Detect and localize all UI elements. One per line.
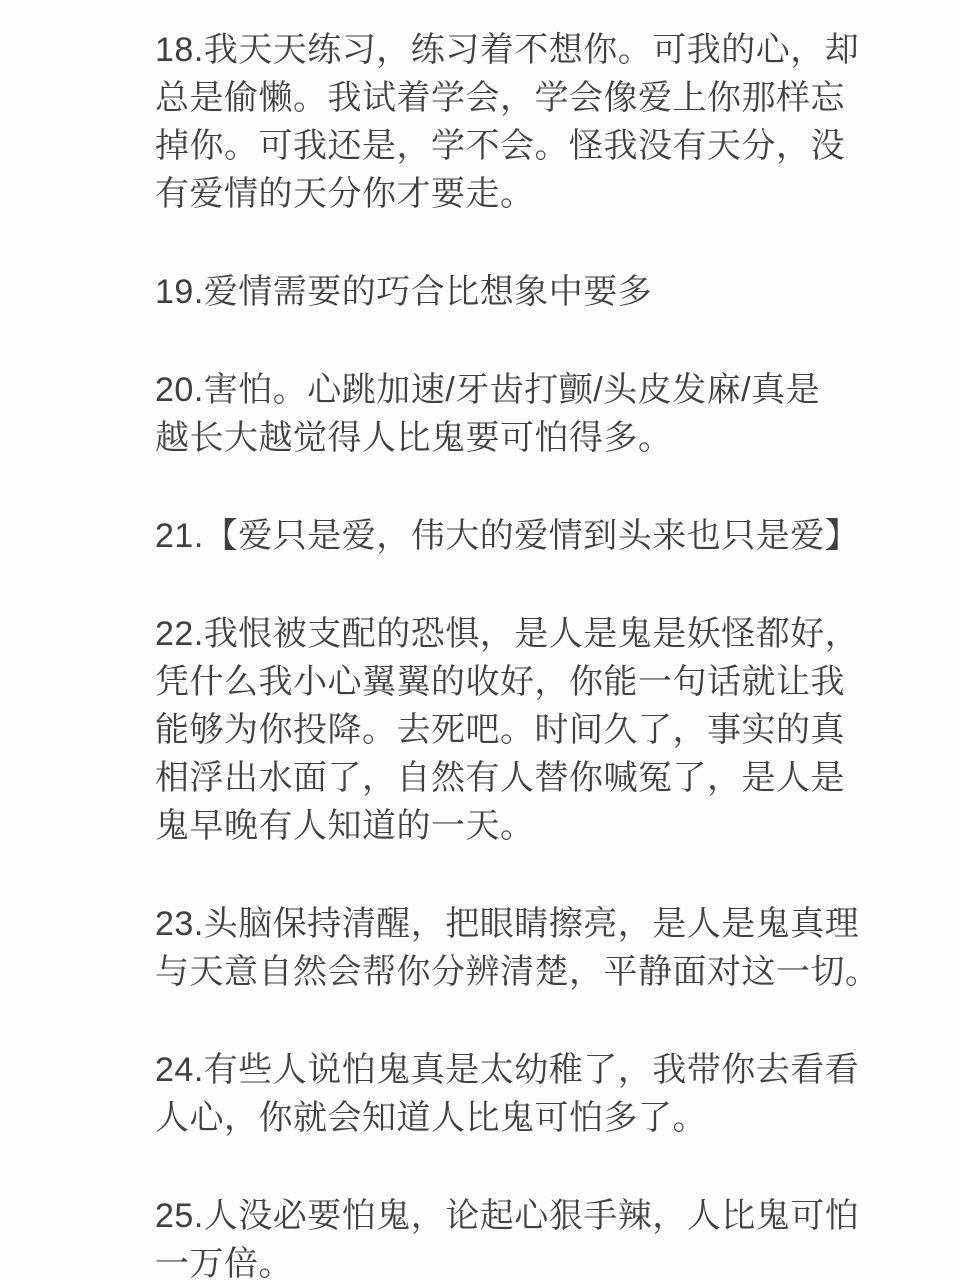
quote-paragraph: 20.害怕。心跳加速/牙齿打颤/头皮发麻/真是越长大越觉得人比鬼要可怕得多。 [155, 366, 810, 462]
quote-paragraph: 19.爱情需要的巧合比想象中要多 [155, 268, 810, 316]
quote-line: 有爱情的天分你才要走。 [155, 170, 810, 218]
quote-paragraph: 22.我恨被支配的恐惧，是人是鬼是妖怪都好，凭什么我小心翼翼的收好，你能一句话就… [155, 610, 810, 850]
quote-line: 掉你。可我还是，学不会。怪我没有天分，没 [155, 122, 810, 170]
quote-line: 22.我恨被支配的恐惧，是人是鬼是妖怪都好， [155, 610, 810, 658]
quote-line: 25.人没必要怕鬼，论起心狠手辣，人比鬼可怕 [155, 1192, 810, 1240]
quote-paragraph: 25.人没必要怕鬼，论起心狠手辣，人比鬼可怕一万倍。 [155, 1192, 810, 1280]
quote-line: 与天意自然会帮你分辨清楚，平静面对这一切。 [155, 948, 810, 996]
quote-line: 越长大越觉得人比鬼要可怕得多。 [155, 414, 810, 462]
quote-line: 18.我天天练习，练习着不想你。可我的心，却 [155, 26, 810, 74]
quote-line: 一万倍。 [155, 1240, 810, 1280]
quote-paragraph: 18.我天天练习，练习着不想你。可我的心，却总是偷懒。我试着学会，学会像爱上你那… [155, 26, 810, 218]
quote-paragraph: 21.【爱只是爱，伟大的爱情到头来也只是爱】 [155, 512, 810, 560]
quote-line: 鬼早晚有人知道的一天。 [155, 802, 810, 850]
page: { "page": { "background_color": "#fdfdfd… [0, 0, 960, 1280]
quote-line: 23.头脑保持清醒，把眼睛擦亮，是人是鬼真理 [155, 900, 810, 948]
quote-line: 凭什么我小心翼翼的收好，你能一句话就让我 [155, 658, 810, 706]
quote-paragraph: 24.有些人说怕鬼真是太幼稚了，我带你去看看人心，你就会知道人比鬼可怕多了。 [155, 1046, 810, 1142]
quote-line: 20.害怕。心跳加速/牙齿打颤/头皮发麻/真是 [155, 366, 810, 414]
quote-line: 19.爱情需要的巧合比想象中要多 [155, 268, 810, 316]
quote-line: 相浮出水面了，自然有人替你喊冤了，是人是 [155, 754, 810, 802]
quote-line: 24.有些人说怕鬼真是太幼稚了，我带你去看看 [155, 1046, 810, 1094]
quote-paragraph: 23.头脑保持清醒，把眼睛擦亮，是人是鬼真理与天意自然会帮你分辨清楚，平静面对这… [155, 900, 810, 996]
quote-line: 能够为你投降。去死吧。时间久了，事实的真 [155, 706, 810, 754]
quote-list: 18.我天天练习，练习着不想你。可我的心，却总是偷懒。我试着学会，学会像爱上你那… [0, 0, 960, 1280]
quote-line: 21.【爱只是爱，伟大的爱情到头来也只是爱】 [155, 512, 810, 560]
quote-line: 总是偷懒。我试着学会，学会像爱上你那样忘 [155, 74, 810, 122]
quote-line: 人心，你就会知道人比鬼可怕多了。 [155, 1094, 810, 1142]
